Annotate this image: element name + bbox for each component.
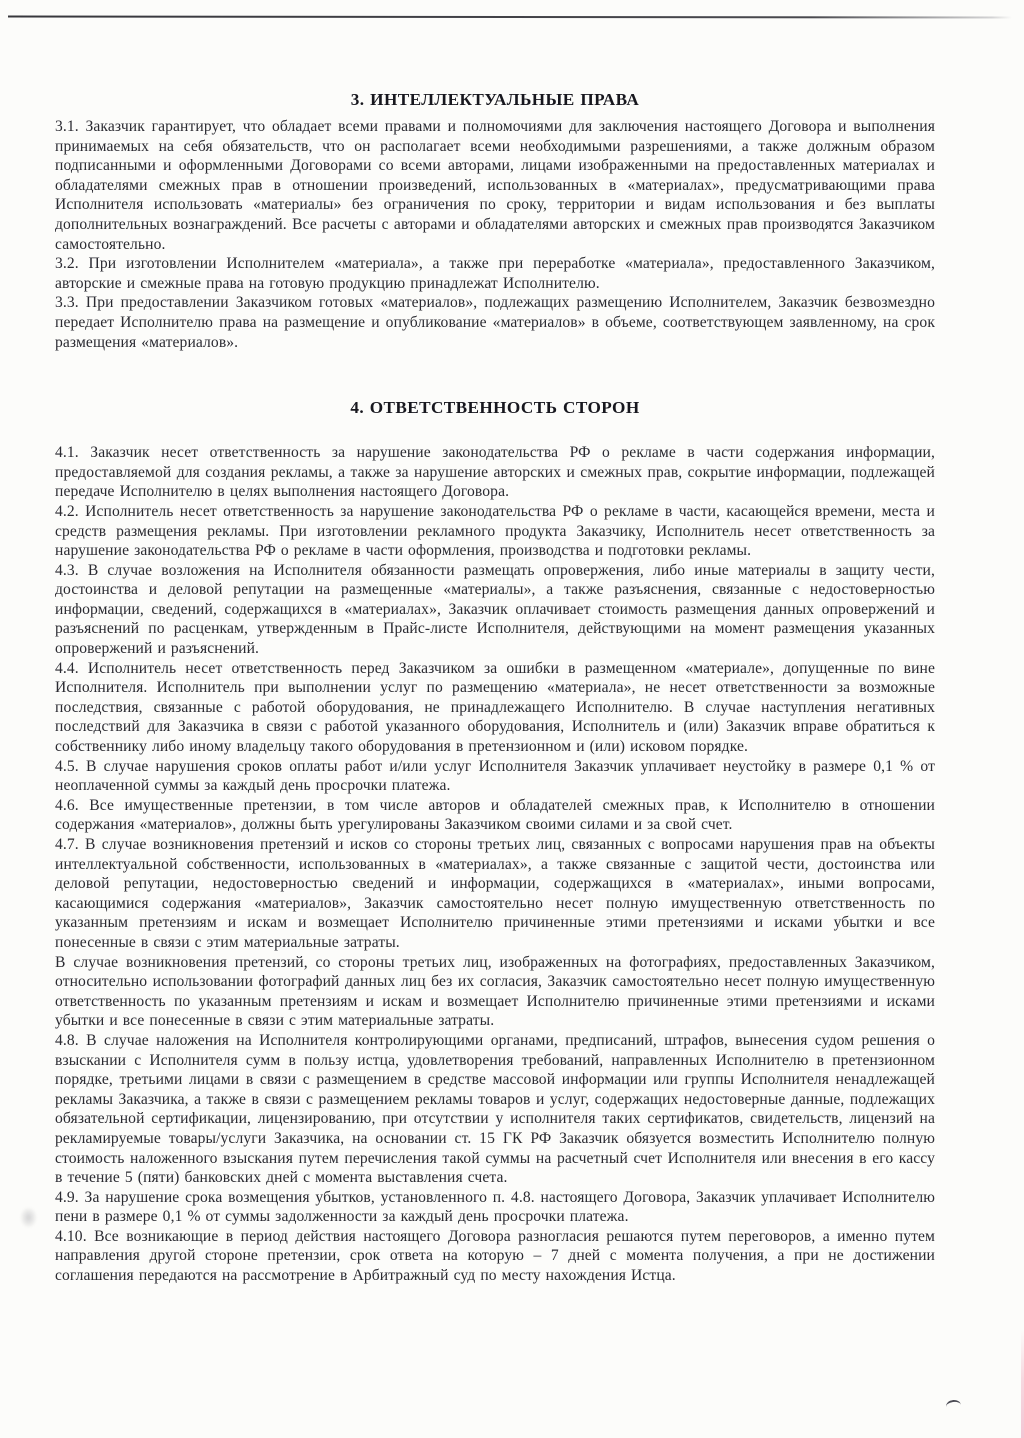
paragraph-4-9: 4.9. За нарушение срока возмещения убытк… [55,1188,935,1227]
section-intellectual-rights: 3. ИНТЕЛЛЕКТУАЛЬНЫЕ ПРАВА 3.1. Заказчик … [55,90,935,352]
paragraph-4-1: 4.1. Заказчик несет ответственность за н… [55,443,935,502]
paragraph-4-2: 4.2. Исполнитель несет ответственность з… [55,502,935,561]
section-3-heading: 3. ИНТЕЛЛЕКТУАЛЬНЫЕ ПРАВА [55,90,935,110]
paragraph-4-4: 4.4. Исполнитель несет ответственность п… [55,659,935,757]
ink-smudge [20,1207,37,1228]
paragraph-4-10: 4.10. Все возникающие в период действия … [55,1227,935,1286]
paragraph-3-3: 3.3. При предоставлении Заказчиком готов… [55,293,935,352]
scanned-contract-page: 3. ИНТЕЛЛЕКТУАЛЬНЫЕ ПРАВА 3.1. Заказчик … [0,0,1024,1438]
section-responsibility: 4. ОТВЕТСТВЕННОСТЬ СТОРОН 4.1. Заказчик … [55,398,935,1286]
paragraph-4-5: 4.5. В случае нарушения сроков оплаты ра… [55,757,935,796]
paragraph-4-8: 4.8. В случае наложения на Исполнителя к… [55,1031,935,1188]
pen-caret-mark [945,1399,962,1413]
contract-text-block: 3. ИНТЕЛЛЕКТУАЛЬНЫЕ ПРАВА 3.1. Заказчик … [55,90,935,1286]
section-4-heading: 4. ОТВЕТСТВЕННОСТЬ СТОРОН [55,398,935,418]
paragraph-4-7-unnumbered: В случае возникновения претензий, со сто… [55,953,935,1031]
paragraph-3-1: 3.1. Заказчик гарантирует, что обладает … [55,117,935,254]
paragraph-3-2: 3.2. При изготовлении Исполнителем «мате… [55,254,935,293]
paragraph-4-6: 4.6. Все имущественные претензии, в том … [55,796,935,835]
scan-edge-line [8,15,1012,18]
paragraph-4-7: 4.7. В случае возникновения претензий и … [55,835,935,953]
paragraph-4-3: 4.3. В случае возложения на Исполнителя … [55,561,935,659]
